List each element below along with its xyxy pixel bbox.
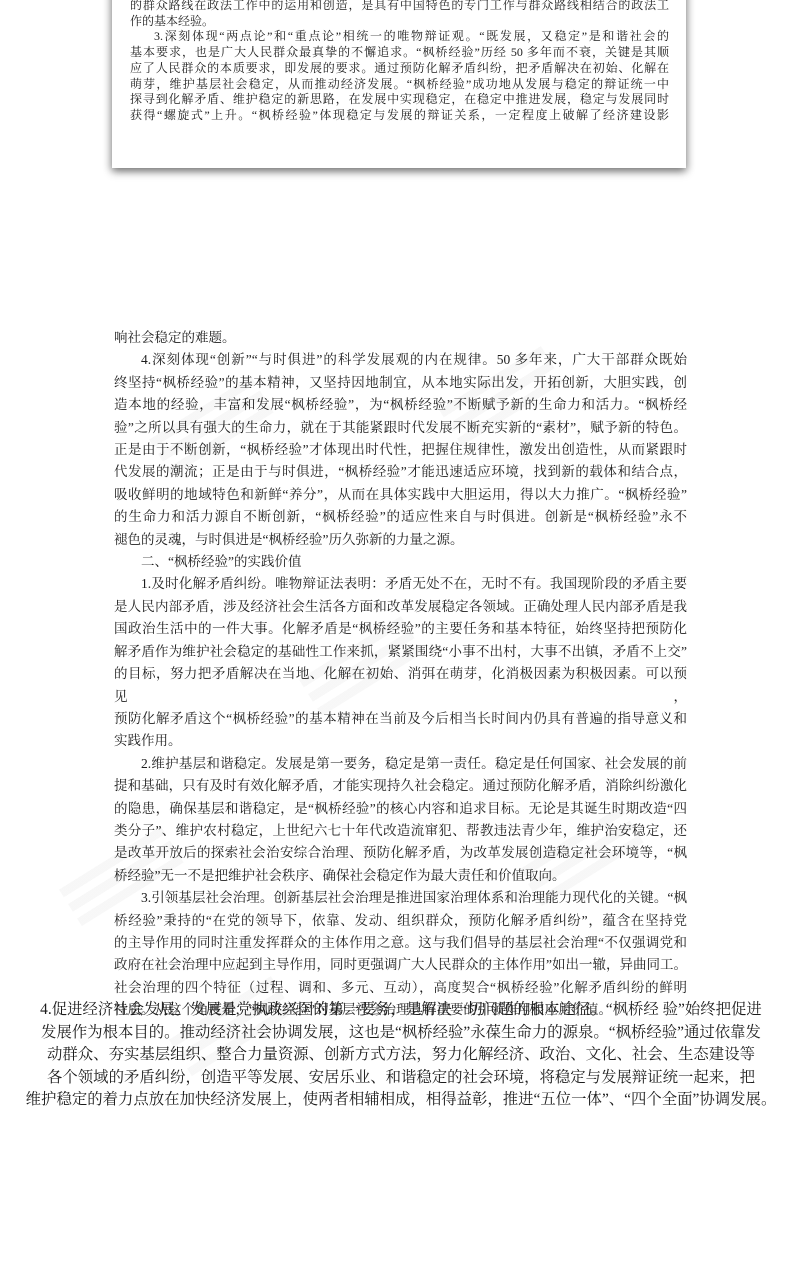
page-2-text-block: 响社会稳定的难题。4.深刻体现“创新”“与时俱进”的科学发展观的内在规律。50 … [114,327,687,1022]
text-line: 实践作用。 [114,730,687,752]
text-line: 解矛盾作为维护社会稳定的基础性工作来抓，紧紧围绕“小事不出村，大事不出镇，矛盾不… [114,641,687,663]
text-line: 萌芽，维护基层社会稳定，从而推动经济发展。“枫桥经验”成功地从发展与稳定的辩证统… [130,77,669,93]
text-line: 获得“螺旋式”上升。“枫桥经验”体现稳定与发展的辩证关系，一定程度上破解了经济建… [130,108,669,124]
text-line: 的目标，努力把矛盾解决在当地、化解在初始、消弭在萌芽，化消极因素为积极因素。可以… [114,663,687,708]
text-line: 类分子”、维护农村稳定，上世纪六七十年代改造流窜犯、帮教违法青少年，维护治安稳定… [114,820,687,842]
text-line: 探寻到化解矛盾、维护稳定的新思路，在发展中实现稳定，在稳定中推进发展，稳定与发展… [130,92,669,108]
page-1-text-block: 的群众路线在政法工作中的运用和创造，是具有中国特色的专门工作与群众路线相结合的政… [130,0,669,124]
text-line: 4.促进经济社会发展。发展是党执政兴国的第一要务，是解决一切问题的根本途径。“枫… [8,999,794,1022]
text-line: 预防化解矛盾这个“枫桥经验”的基本精神在当前及今后相当长时间内仍具有普遍的指导意… [114,708,687,730]
text-line: 的主导作用的同时注重发挥群众的主体作用之意。这与我们倡导的基层社会治理“不仅强调… [114,932,687,954]
text-line: 作的基本经验。 [130,14,669,30]
text-line: 应了人民群众的本质要求，即发展的要求。通过预防化解矛盾纠纷，把矛盾解决在初始、化… [130,61,669,77]
text-line: 造本地的经验，丰富和发展“枫桥经验”，为“枫桥经验”不断赋予新的生命力和活力。“… [114,394,687,416]
text-line: 是人民内部矛盾，涉及经济社会生活各方面和改革发展稳定各领域。正确处理人民内部矛盾… [114,596,687,618]
text-line: 1.及时化解矛盾纠纷。唯物辩证法表明：矛盾无处不在，无时不有。我国现阶段的矛盾主… [114,573,687,595]
text-line: 3.引领基层社会治理。创新基层社会治理是推进国家治理体系和治理能力现代化的关键。… [114,887,687,909]
page-2-footer-paragraph: 4.促进经济社会发展。发展是党执政兴国的第一要务，是解决一切问题的根本途径。“枫… [8,999,794,1112]
text-line: 政府在社会治理中应起到主导作用，同时更强调广大人民群众的主体作用”如出一辙，异曲… [114,954,687,976]
text-line: 是改革开放后的探索社会治安综合治理、预防化解矛盾，为改革发展创造稳定社会环境等，… [114,842,687,864]
text-line: 代发展的潮流；正是由于与时俱进，“枫桥经验”才能迅速适应环境，找到新的载体和结合… [114,461,687,483]
text-line: 维护稳定的着力点放在加快经济发展上，使两者相辅相成，相得益彰，推进“五位一体”、… [8,1089,794,1112]
text-line: 桥经验”秉持的“在党的领导下，依靠、发动、组织群众，预防化解矛盾纠纷”，蕴含在坚… [114,910,687,932]
text-line: 褪色的灵魂，与时俱进是“枫桥经验”历久弥新的力量之源。 [114,529,687,551]
text-line: 二、“枫桥经验”的实践价值 [114,551,687,573]
text-line: 吸收鲜明的地域特色和新鲜“养分”，从而在具体实践中大胆运用，得以大力推广。“枫桥… [114,484,687,506]
text-line: 的生命力和活力源自不断创新，“枫桥经验”的适应性来自与时俱进。创新是“枫桥经验”… [114,506,687,528]
text-line: 的隐患，确保基层和谐稳定，是“枫桥经验”的核心内容和追求目标。无论是其诞生时期改… [114,798,687,820]
text-line: 提和基础，只有及时有效化解矛盾，才能实现持久社会稳定。通过预防化解矛盾，消除纠纷… [114,775,687,797]
text-line: 响社会稳定的难题。 [114,327,687,349]
text-line: 动群众、夯实基层组织、整合力量资源、创新方式方法，努力化解经济、政治、文化、社会… [8,1044,794,1067]
text-line: 各个领域的矛盾纠纷，创造平等发展、安居乐业、和谐稳定的社会环境，将稳定与发展辩证… [8,1067,794,1090]
text-line: 基本要求，也是广大人民群众最真挚的不懈追求。“枫桥经验”历经 50 多年而不衰，… [130,45,669,61]
text-line: 3.深刻体现“两点论”和“重点论”相统一的唯物辩证观。“既发展，又稳定”是和谐社… [130,29,669,45]
text-line: 2.维护基层和谐稳定。发展是第一要务，稳定是第一责任。稳定是任何国家、社会发展的… [114,753,687,775]
text-line: 验”之所以具有强大的生命力，就在于其能紧跟时代发展不断充实新的“素材”，赋予新的… [114,417,687,439]
text-line: 终坚持“枫桥经验”的基本精神，又坚持因地制宜，从本地实际出发，开拓创新，大胆实践… [114,372,687,394]
document-page-1: 的群众路线在政法工作中的运用和创造，是具有中国特色的专门工作与群众路线相结合的政… [112,0,686,168]
text-line: 4.深刻体现“创新”“与时俱进”的科学发展观的内在规律。50 多年来，广大干部群… [114,349,687,371]
document-viewer: 的群众路线在政法工作中的运用和创造，是具有中国特色的专门工作与群众路线相结合的政… [0,0,800,1262]
text-line: 国政治生活中的一件大事。化解矛盾是“枫桥经验”的主要任务和基本特征，始终坚持把预… [114,618,687,640]
text-line: 发展作为根本目的。推动经济社会协调发展，这也是“枫桥经验”永葆生命力的源泉。“枫… [8,1022,794,1045]
text-line: 桥经验”无一不是把维护社会秩序、确保社会稳定作为最大责任和价值取向。 [114,865,687,887]
text-line: 社会治理的四个特征（过程、调和、多元、互动），高度契合“枫桥经验”化解矛盾纠纷的… [114,977,687,999]
text-line: 正是由于不断创新，“枫桥经验”才体现出时代性，把握住规律性，激发出创造性，从而紧… [114,439,687,461]
text-line: 的群众路线在政法工作中的运用和创造，是具有中国特色的专门工作与群众路线相结合的政… [130,0,669,14]
